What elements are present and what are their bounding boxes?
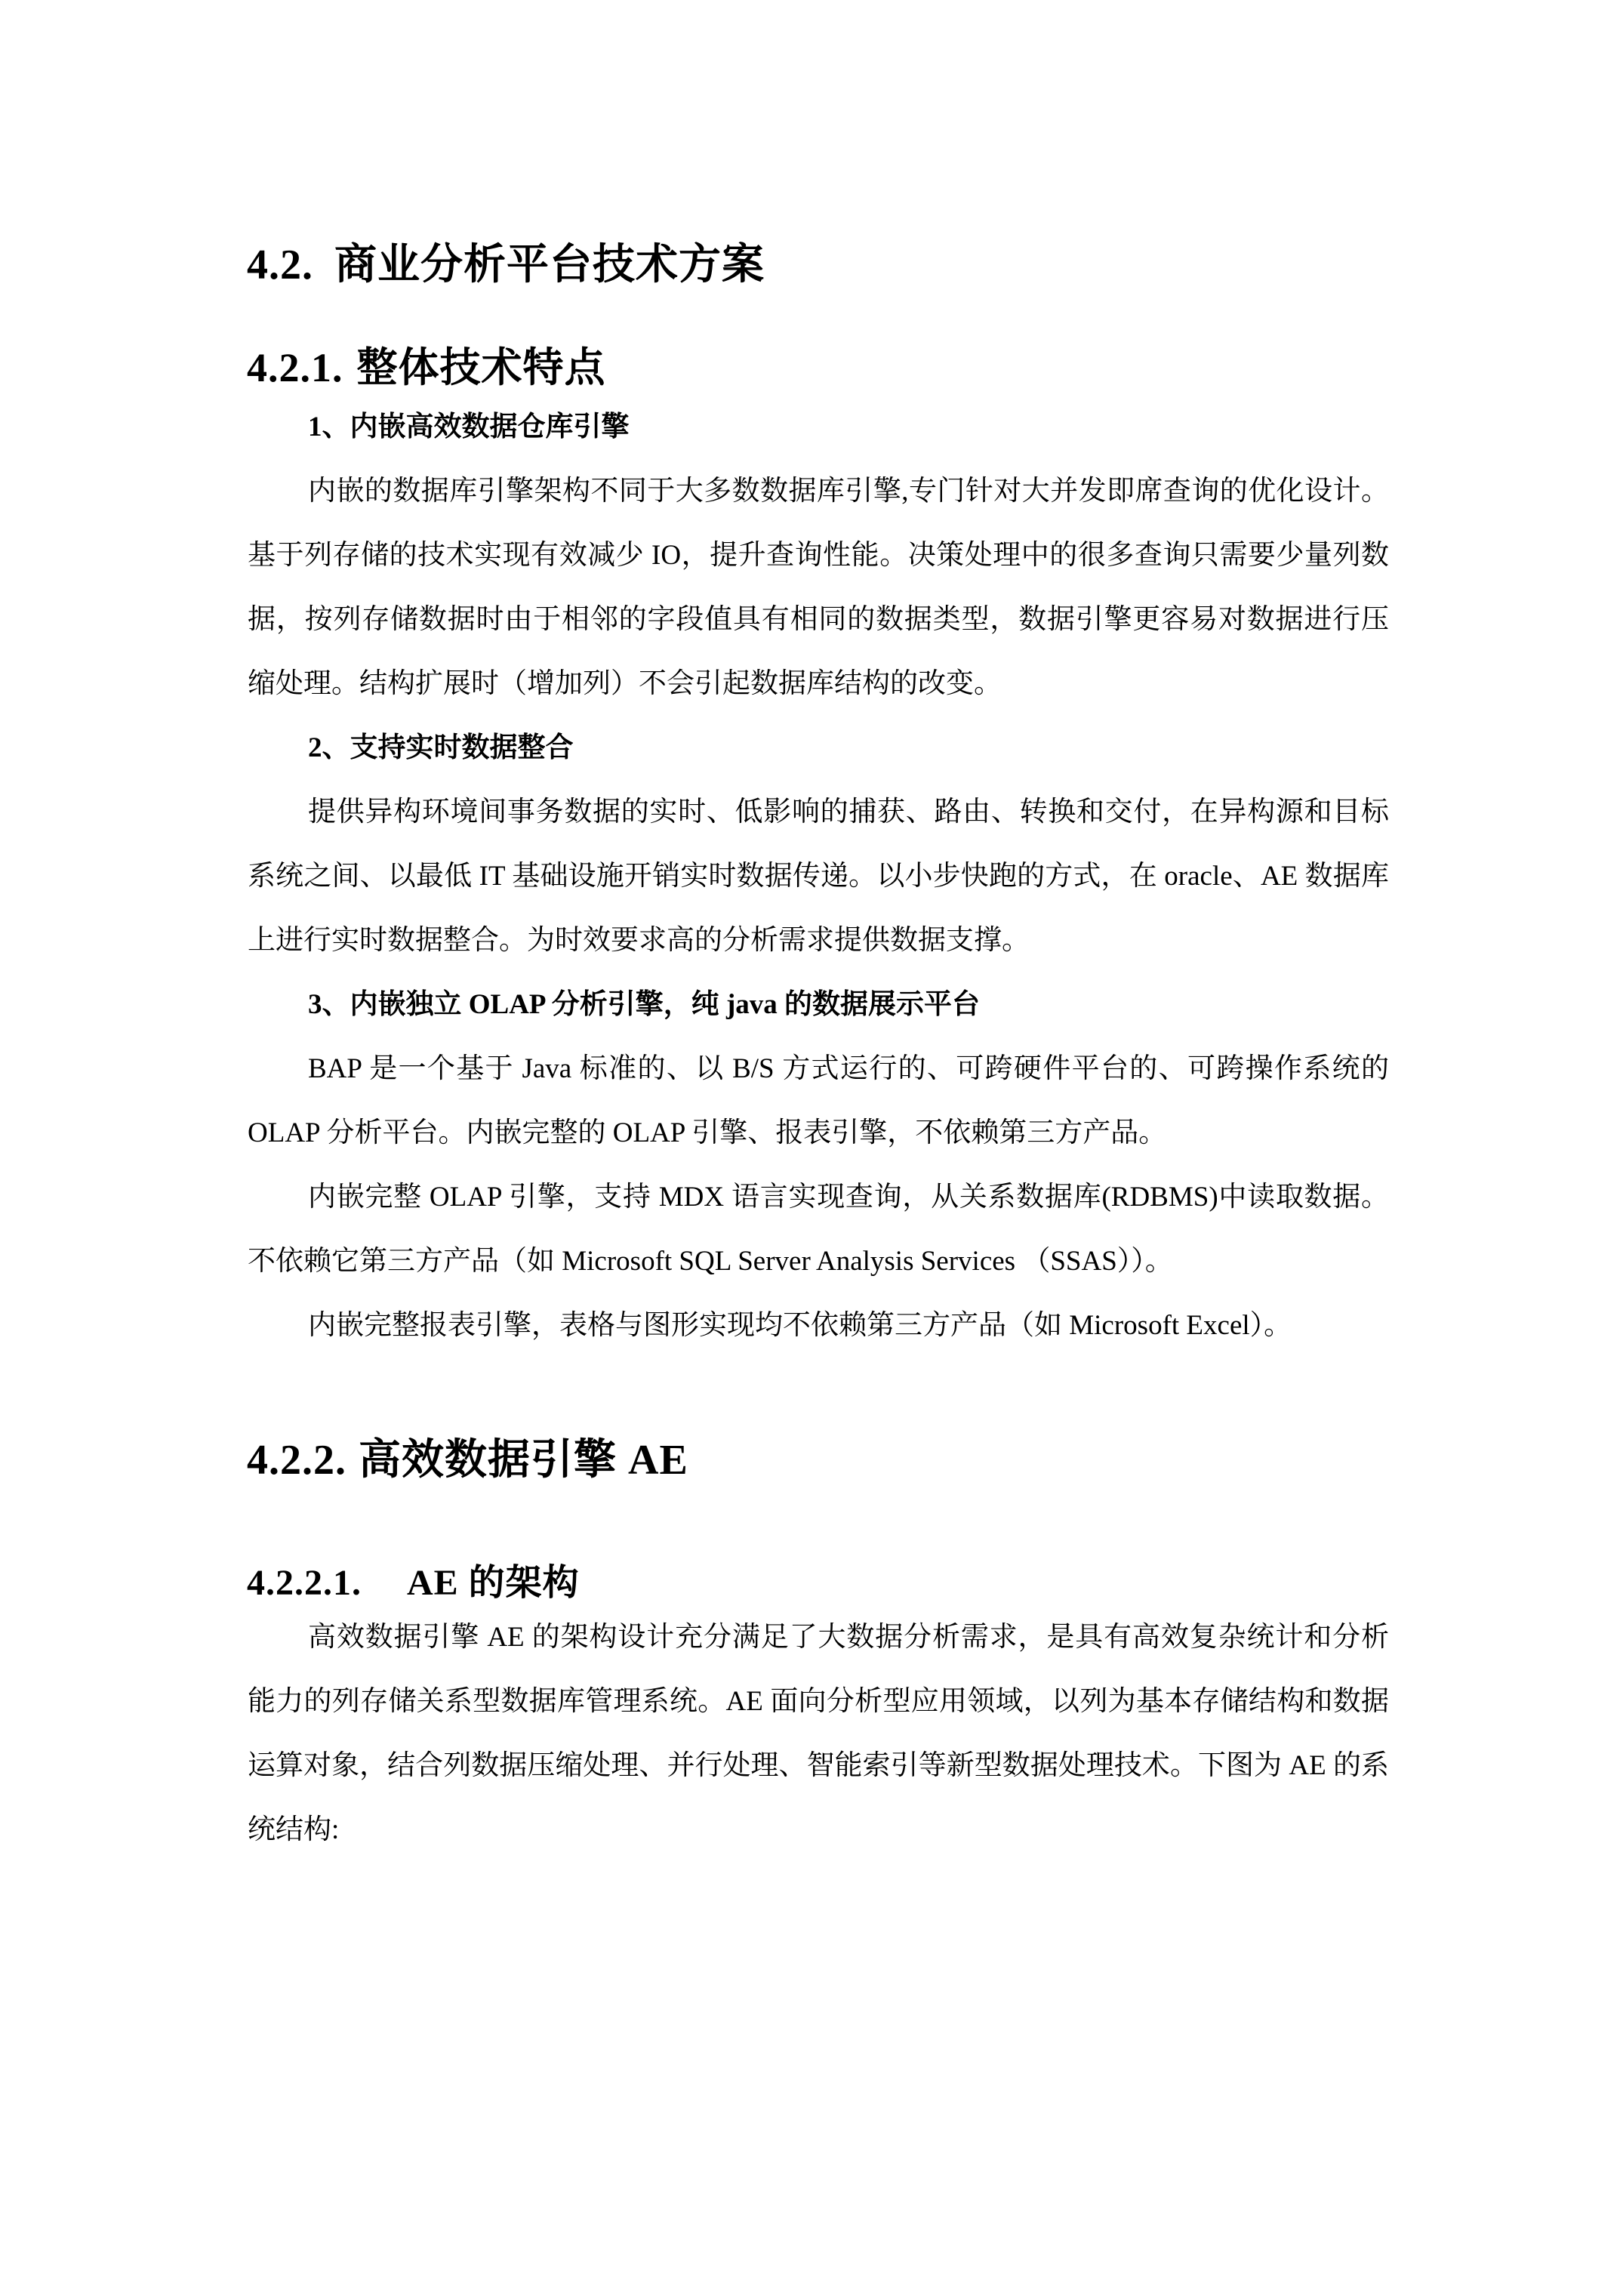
paragraph-6: 高效数据引擎 AE 的架构设计充分满足了大数据分析需求，是具有高效复杂统计和分析…: [248, 1605, 1389, 1862]
section-heading-4-2: 4.2. 商业分析平台技术方案: [247, 243, 765, 288]
heading-number: 4.2.2.1.: [247, 1564, 362, 1602]
heading-title: 商业分析平台技术方案: [334, 243, 765, 288]
heading-number: 4.2.1.: [247, 347, 343, 390]
body-text-block-1: 1、内嵌高效数据仓库引擎 内嵌的数据库引擎架构不同于大多数数据库引擎,专门针对大…: [248, 395, 1389, 1358]
subsection-heading-4-2-2: 4.2.2. 高效数据引擎 AE: [247, 1438, 688, 1483]
paragraph-5: 内嵌完整报表引擎，表格与图形实现均不依赖第三方产品（如 Microsoft Ex…: [248, 1293, 1389, 1358]
paragraph-4: 内嵌完整 OLAP 引擎，支持 MDX 语言实现查询，从关系数据库(RDBMS)…: [248, 1165, 1389, 1293]
numbered-item-2-heading: 2、支持实时数据整合: [248, 716, 1389, 780]
heading-title: 高效数据引擎 AE: [359, 1438, 688, 1483]
paragraph-1: 内嵌的数据库引擎架构不同于大多数数据库引擎,专门针对大并发即席查询的优化设计。基…: [248, 459, 1389, 716]
heading-number: 4.2.2.: [247, 1438, 346, 1483]
subsection-heading-4-2-1: 4.2.1. 整体技术特点: [247, 347, 606, 390]
document-page: 4.2. 商业分析平台技术方案 4.2.1. 整体技术特点 1、内嵌高效数据仓库…: [0, 0, 1623, 2296]
numbered-item-1-heading: 1、内嵌高效数据仓库引擎: [248, 395, 1389, 459]
paragraph-2: 提供异构环境间事务数据的实时、低影响的捕获、路由、转换和交付，在异构源和目标系统…: [248, 780, 1389, 972]
body-text-block-2: 高效数据引擎 AE 的架构设计充分满足了大数据分析需求，是具有高效复杂统计和分析…: [248, 1605, 1389, 1862]
heading-title: 整体技术特点: [357, 347, 606, 390]
heading-title: AE 的架构: [407, 1564, 580, 1602]
paragraph-3: BAP 是一个基于 Java 标准的、以 B/S 方式运行的、可跨硬件平台的、可…: [248, 1037, 1389, 1165]
heading-number: 4.2.: [247, 243, 313, 288]
numbered-item-3-heading: 3、内嵌独立 OLAP 分析引擎，纯 java 的数据展示平台: [248, 972, 1389, 1037]
subsection-heading-4-2-2-1: 4.2.2.1. AE 的架构: [247, 1564, 580, 1602]
